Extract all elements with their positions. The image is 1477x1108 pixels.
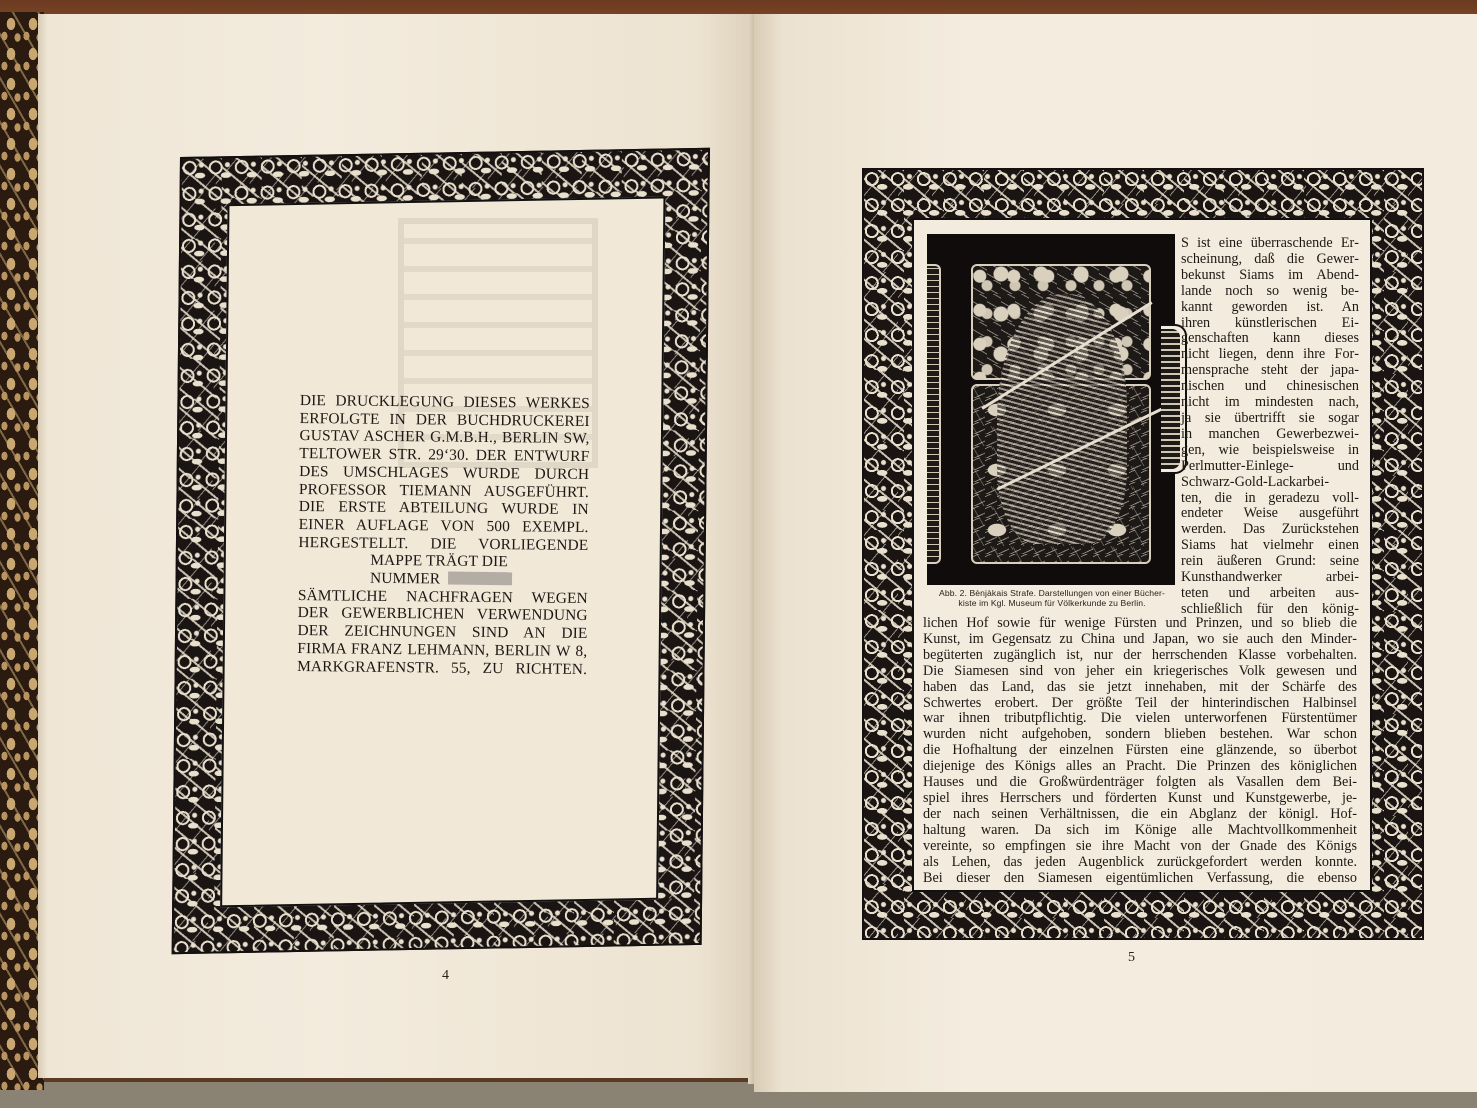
body-text-wide-column: lichen Hof sowie für wenige Fürsten und … <box>923 616 1357 886</box>
text-line: nischen und chinesischen <box>1181 379 1359 395</box>
text-line: Kunst, im Gegensatz zu China und Japan, … <box>923 632 1357 648</box>
text-line: genschaften kann dieses <box>1181 331 1359 347</box>
text-line: als Lehen, das jeden Augenblick zurückge… <box>923 855 1357 871</box>
text-line: teten und arbeiten aus‑ <box>1181 586 1359 602</box>
text-line: gen, wie beispielsweise in <box>1181 443 1359 459</box>
text-line: S ist eine überraschende Er‑ <box>1181 236 1359 252</box>
text-line: Die Siamesen sind von jeher ein kriegeri… <box>923 664 1357 680</box>
colophon-line: HERGESTELLT. DIE VORLIEGENDE <box>298 534 588 555</box>
text-line: mensprache steht der japa‑ <box>1181 363 1359 379</box>
text-line: lande noch so wenig be‑ <box>1181 284 1359 300</box>
caption-line-1: Abb. 2. Bènjàkais Strafe. Darstellungen … <box>924 588 1180 598</box>
text-line: lichen Hof sowie für wenige Fürsten und … <box>923 616 1357 632</box>
caption-line-2: kiste im Kgl. Museum für Völkerkunde zu … <box>924 598 1180 608</box>
colophon-text: DIE DRUCKLEGUNG DIESES WERKES ERFOLGTE I… <box>297 392 590 678</box>
text-line: in manchen Gewerbezwei‑ <box>1181 427 1359 443</box>
text-line: diejenige des Königs alles an Pracht. Di… <box>923 759 1357 775</box>
initial-side-ornament <box>927 264 941 564</box>
text-line: der nach seinen Verhältnissen, die ein A… <box>923 807 1357 823</box>
text-line: nicht liegen, denn ihre For‑ <box>1181 347 1359 363</box>
text-line: endeter Weise ausgeführt <box>1181 506 1359 522</box>
text-line: ja sie übertrifft sie sogar <box>1181 411 1359 427</box>
text-line: spiel ihres Herrschers und förderten Kun… <box>923 791 1357 807</box>
text-line: ihren künstlerischen Ei‑ <box>1181 316 1359 332</box>
text-line: scheinung, daß die Gewer‑ <box>1181 252 1359 268</box>
text-line: Siams hat vielmehr einen <box>1181 538 1359 554</box>
text-line: Schwertes erobert. Der größte Teil der h… <box>923 696 1357 712</box>
figure-caption: Abb. 2. Bènjàkais Strafe. Darstellungen … <box>924 588 1180 608</box>
nummer-label: NUMMER <box>370 570 440 588</box>
text-line: Bei dieser den Siamesen eigentümlichen V… <box>923 871 1357 887</box>
text-line: bekunst Siams im Abend‑ <box>1181 268 1359 284</box>
decorated-initial-e-illustration <box>927 234 1175 585</box>
text-line: begüterten zugänglich ist, nur der herrs… <box>923 648 1357 664</box>
body-text-narrow-column: S ist eine überraschende Er‑ scheinung, … <box>1181 236 1359 618</box>
text-line: rein äußeren Grund: seine <box>1181 554 1359 570</box>
text-line: die Hofhaltung der einzelnen Fürsten ein… <box>923 743 1357 759</box>
text-line: Kunsthandwerker arbei‑ <box>1181 570 1359 586</box>
page-number-left: 4 <box>442 968 449 984</box>
edition-number-redacted <box>448 572 512 586</box>
text-line: haben das Land, das sie jetzt innehaben,… <box>923 680 1357 696</box>
text-line: kannt geworden ist. An <box>1181 300 1359 316</box>
text-line: haltung waren. Da sich im Könige alle Ma… <box>923 823 1357 839</box>
text-line: nicht im mindesten nach, <box>1181 395 1359 411</box>
page-number-right: 5 <box>1128 950 1135 966</box>
left-page-edge <box>38 14 48 1078</box>
text-line: Hauses und die Großwürdenträger folgten … <box>923 775 1357 791</box>
text-line: ten, die in geradezu voll‑ <box>1181 491 1359 507</box>
colophon-line: DES UMSCHLAGES WURDE DURCH <box>299 463 589 484</box>
colophon-line: MARKGRAFENSTR. 55, ZU RICHTEN. <box>297 658 587 679</box>
text-line: Schwarz‑Gold‑Lackarbei‑ <box>1181 475 1359 491</box>
text-line: vereinte, so empfingen sie ihre Macht vo… <box>923 839 1357 855</box>
text-line: wurden nicht aufgehoben, sondern blieben… <box>923 727 1357 743</box>
text-line: werden. Das Zurückstehen <box>1181 522 1359 538</box>
text-line: war ihnen tributpflichtig. Die vielen un… <box>923 711 1357 727</box>
text-line: Perlmutter‑Einlege‑ und <box>1181 459 1359 475</box>
